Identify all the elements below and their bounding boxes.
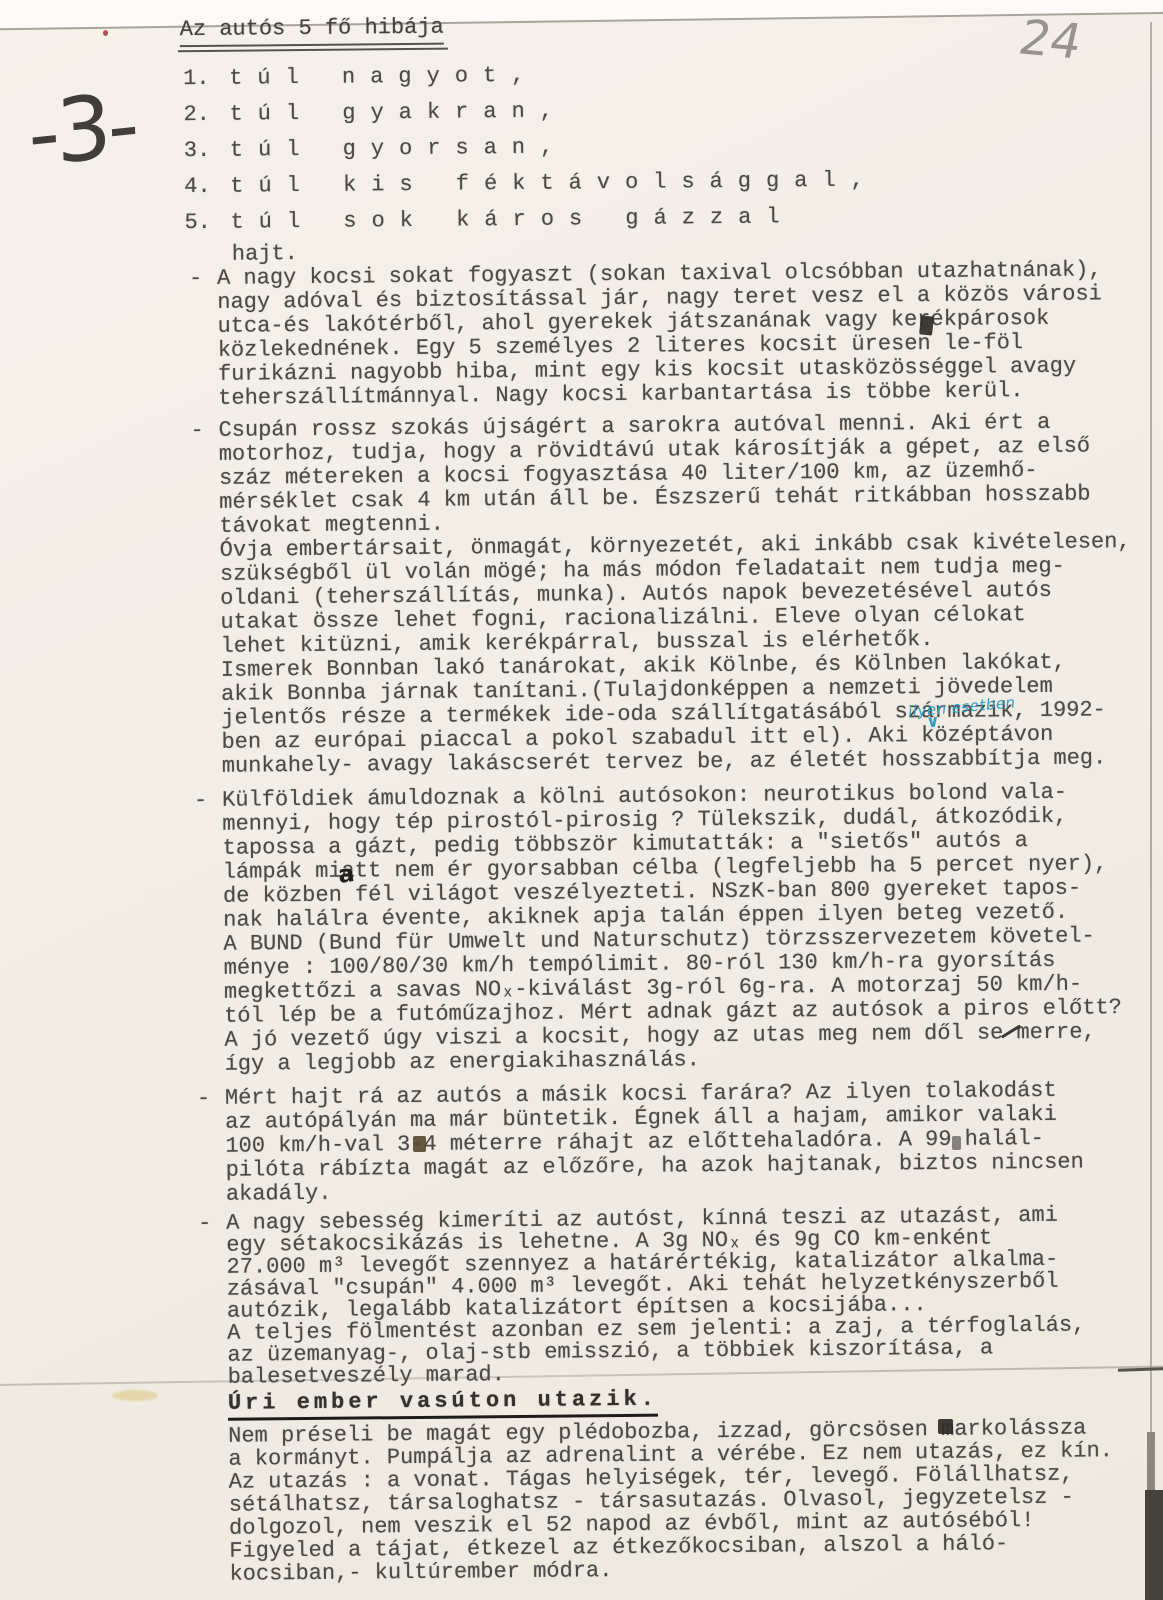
- fault-text: túl gyakran,: [229, 98, 568, 126]
- fault-list: 1.túl nagyot, 2.túl gyakran, 3.túl gyors…: [183, 50, 1150, 267]
- paragraph-dash: -: [194, 789, 207, 813]
- fault-text: túl nagyot,: [229, 63, 539, 91]
- paragraph: - Csupán rossz szokás újságért a sarokra…: [186, 410, 1154, 779]
- paragraph-dash: -: [190, 419, 203, 443]
- paragraph: - A nagy sebesség kimeríti az autóst, kí…: [194, 1204, 1161, 1389]
- fault-number: 3.: [184, 133, 210, 169]
- document-title: Az autós 5 fő hibája: [180, 15, 444, 48]
- handwritten-margin-page-number: -3-: [27, 80, 137, 179]
- scanned-page: Az autós 5 fő hibája 1.túl nagyot, 2.túl…: [0, 0, 1163, 1600]
- paragraph: - A nagy kocsi sokat fogyaszt (sokan tax…: [185, 258, 1151, 411]
- ink-blot: [938, 1419, 953, 1434]
- fault-number: 1.: [183, 61, 209, 97]
- paragraph-lines: Mért hajt rá az autós a másik kocsi fará…: [225, 1078, 1159, 1207]
- section-lines: Nem préseli be magát egy plédobozba, izz…: [196, 1416, 1163, 1586]
- fault-text: túl gyorsan,: [230, 134, 569, 162]
- ink-blot: [919, 315, 934, 335]
- paragraph: - Külföldiek ámuldoznak a kölni autósoko…: [190, 780, 1158, 1077]
- fault-number: 5.: [184, 205, 210, 241]
- fault-text: túl kis féktávolsággal,: [230, 167, 879, 198]
- paragraph-dash: -: [198, 1213, 211, 1235]
- section-rail-travel: Úri ember vasúton utazik. Nem préseli be…: [196, 1382, 1163, 1586]
- yellow-smudge: [112, 1390, 158, 1401]
- fault-text: túl sok káros gázzal: [230, 204, 794, 234]
- body-paragraphs: - A nagy kocsi sokat fogyaszt (sokan tax…: [185, 258, 1161, 1389]
- paragraph-lines: Külföldiek ámuldoznak a kölni autósokon:…: [222, 780, 1158, 1077]
- ink-smear: [952, 1136, 961, 1150]
- fault-number: 4.: [184, 169, 210, 205]
- paragraph: - Mért hajt rá az autós a másik kocsi fa…: [193, 1078, 1159, 1207]
- insertion-caret-icon: ∨: [925, 712, 940, 733]
- paragraph-dash: -: [189, 267, 202, 291]
- red-ink-speck: [103, 30, 108, 36]
- handwritten-corner-page-number: 24: [1015, 14, 1087, 67]
- paragraph-dash: -: [197, 1087, 210, 1111]
- paragraph-lines: Csupán rossz szokás újságért a sarokra a…: [218, 410, 1154, 779]
- paragraph-lines: A nagy sebesség kimeríti az autóst, kínn…: [226, 1204, 1161, 1389]
- correction-blot: [413, 1136, 426, 1152]
- section-heading: Úri ember vasúton utazik.: [228, 1387, 658, 1421]
- fault-number: 2.: [183, 97, 209, 133]
- paragraph-lines: A nagy kocsi sokat fogyaszt (sokan taxiv…: [217, 258, 1151, 411]
